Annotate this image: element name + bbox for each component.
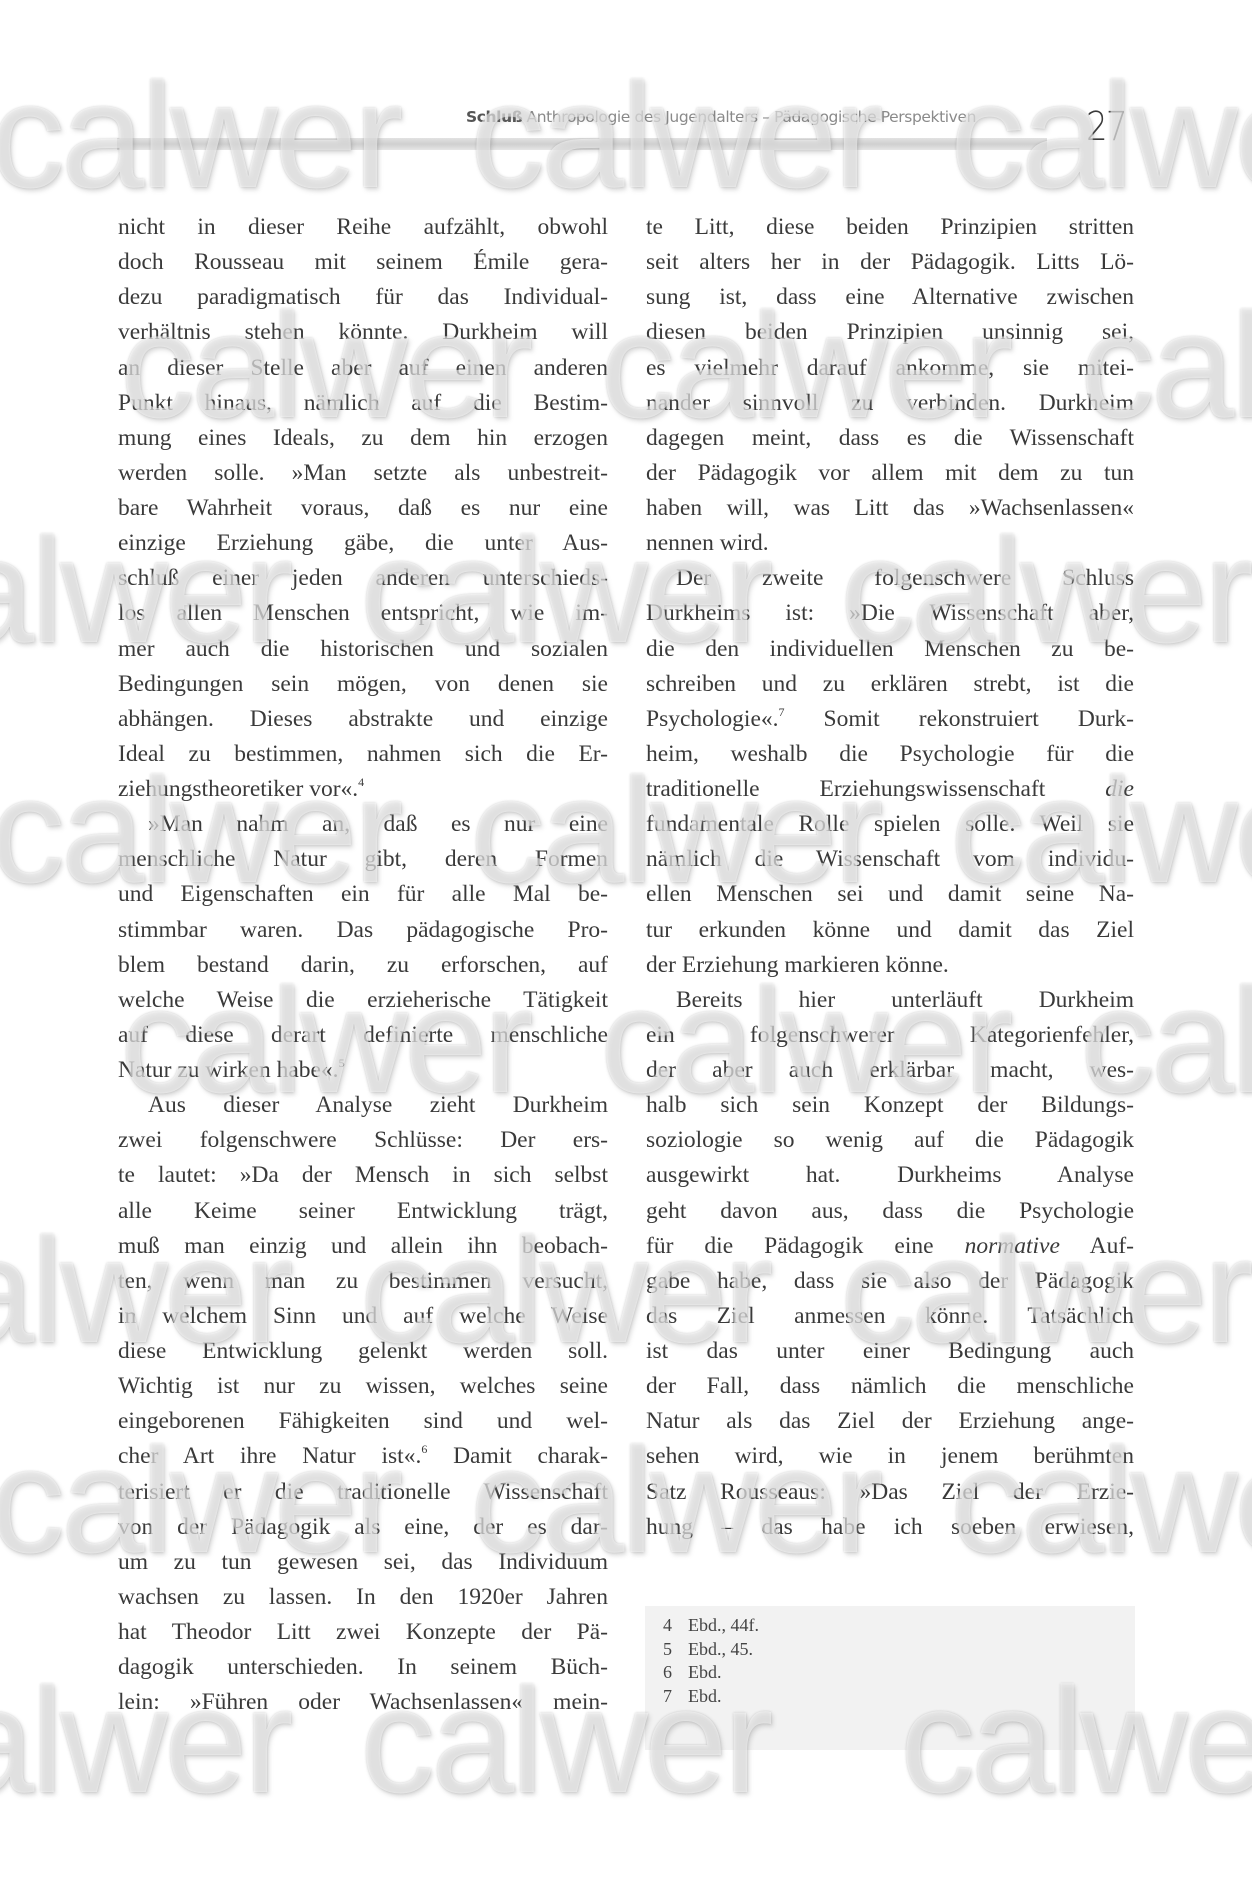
- text-line: nämlich die Wissenschaft vom individu-: [646, 842, 1134, 877]
- line-text: diese Entwicklung gelenkt werden soll.: [118, 1338, 608, 1364]
- footnote-text: Ebd., 45.: [688, 1639, 753, 1659]
- running-title: Anthropologie des Jugendalters – Pädagog…: [526, 108, 976, 126]
- line-text: menschliche Natur gibt, deren Formen: [118, 846, 608, 872]
- line-text: cher Art ihre Natur ist«.: [118, 1443, 421, 1469]
- text-line: sung ist, dass eine Alternative zwischen: [646, 280, 1134, 315]
- line-text: ausgewirkt hat. Durkheims Analyse: [646, 1162, 1134, 1188]
- line-text: in welchem Sinn und auf welche Weise: [118, 1303, 608, 1329]
- line-text: einzige Erziehung gäbe, die unter Aus-: [118, 530, 608, 556]
- text-line: von der Pädagogik als eine, der es dar-: [118, 1510, 608, 1545]
- footnote-marker[interactable]: 4: [358, 775, 364, 789]
- line-text: wachsen zu lassen. In den 1920er Jahren: [118, 1584, 608, 1610]
- line-text: bare Wahrheit voraus, daß es nur eine: [118, 495, 608, 521]
- line-text: soziologie so wenig auf die Pädagogik: [646, 1127, 1134, 1153]
- text-line: es vielmehr darauf ankomme, sie mitei-: [646, 351, 1134, 386]
- text-line: haben will, was Litt das »Wachsenlassen«: [646, 491, 1134, 526]
- text-line: seit alters her in der Pädagogik. Litts …: [646, 245, 1134, 280]
- line-text: zwei folgenschwere Schlüsse: Der ers-: [118, 1127, 608, 1153]
- text-line: gabe habe, dass sie also der Pädagogik: [646, 1264, 1134, 1299]
- line-text: nennen wird.: [646, 530, 769, 556]
- line-text: tur erkunden könne und damit das Ziel: [646, 917, 1134, 943]
- footnote-number: 5: [663, 1638, 688, 1661]
- line-text-continued: Somit rekonstruiert Durk-: [785, 706, 1134, 732]
- text-line: auf diese derart definierte menschliche: [118, 1018, 608, 1053]
- line-text: Wichtig ist nur zu wissen, welches seine: [118, 1373, 608, 1399]
- text-line: diese Entwicklung gelenkt werden soll.: [118, 1334, 608, 1369]
- text-line: »Man nahm an, daß es nur eine: [118, 807, 608, 842]
- text-line: schluß einer jeden anderen unterschieds-: [118, 561, 608, 596]
- line-text: traditionelle Erziehungswissenschaft: [646, 776, 1105, 802]
- text-line: der Pädagogik vor allem mit dem zu tun: [646, 456, 1134, 491]
- text-line: das Ziel anmessen könne. Tatsächlich: [646, 1299, 1134, 1334]
- text-column-right: te Litt, diese beiden Prinzipien stritte…: [646, 210, 1134, 1545]
- text-line: cher Art ihre Natur ist«.6 Damit charak-: [118, 1439, 608, 1474]
- line-text: gabe habe, dass sie also der Pädagogik: [646, 1268, 1134, 1294]
- text-line: mung eines Ideals, zu dem hin erzogen: [118, 421, 608, 456]
- line-text: eingeborenen Fähigkeiten sind und wel-: [118, 1408, 608, 1434]
- text-line: nennen wird.: [646, 526, 1134, 561]
- text-line: werden solle. »Man setzte als unbestreit…: [118, 456, 608, 491]
- line-text: nämlich die Wissenschaft vom individu-: [646, 846, 1134, 872]
- text-column-left: nicht in dieser Reihe aufzählt, obwohldo…: [118, 210, 608, 1720]
- line-text: doch Rousseau mit seinem Émile gera-: [118, 249, 608, 275]
- line-text: Ideal zu bestimmen, nahmen sich die Er-: [118, 741, 608, 767]
- footnote-item: 5Ebd., 45.: [663, 1638, 753, 1661]
- line-text: blem bestand darin, zu erforschen, auf: [118, 952, 608, 978]
- watermark-text: calwer: [470, 60, 879, 210]
- text-line: schreiben und zu erklären strebt, ist di…: [646, 667, 1134, 702]
- text-line: für die Pädagogik eine normative Auf-: [646, 1229, 1134, 1264]
- line-text: nander sinnvoll zu verbinden. Durkheim: [646, 390, 1134, 416]
- text-line: Natur zu wirken habe«.5: [118, 1053, 608, 1088]
- line-text: fundamentale Rolle spielen solle. Weil s…: [646, 811, 1134, 837]
- text-line: ist das unter einer Bedingung auch: [646, 1334, 1134, 1369]
- line-text: Natur zu wirken habe«.: [118, 1057, 339, 1083]
- line-text: um zu tun gewesen sei, das Individuum: [118, 1549, 608, 1575]
- text-line: dagogik unterschieden. In seinem Büch-: [118, 1650, 608, 1685]
- line-text: schreiben und zu erklären strebt, ist di…: [646, 671, 1134, 697]
- text-line: Natur als das Ziel der Erziehung ange-: [646, 1404, 1134, 1439]
- text-line: an dieser Stelle aber auf einen anderen: [118, 351, 608, 386]
- line-text: schluß einer jeden anderen unterschieds-: [118, 565, 608, 591]
- line-text: dagegen meint, dass es die Wissenschaft: [646, 425, 1134, 451]
- line-text: ellen Menschen sei und damit seine Na-: [646, 881, 1134, 907]
- line-text: terisiert er die traditionelle Wissensch…: [118, 1479, 608, 1505]
- text-line: Wichtig ist nur zu wissen, welches seine: [118, 1369, 608, 1404]
- text-line: mer auch die historischen und sozialen: [118, 632, 608, 667]
- line-text: es vielmehr darauf ankomme, sie mitei-: [646, 355, 1134, 381]
- line-text: verhältnis stehen könnte. Durkheim will: [118, 319, 608, 345]
- line-text: mung eines Ideals, zu dem hin erzogen: [118, 425, 608, 451]
- text-line: verhältnis stehen könnte. Durkheim will: [118, 315, 608, 350]
- running-header: SchlußAnthropologie des Jugendalters – P…: [466, 108, 1048, 126]
- text-line: die den individuellen Menschen zu be-: [646, 632, 1134, 667]
- text-line: Aus dieser Analyse zieht Durkheim: [118, 1088, 608, 1123]
- text-line: wachsen zu lassen. In den 1920er Jahren: [118, 1580, 608, 1615]
- line-text-continued: Auf-: [1060, 1233, 1134, 1259]
- footnote-marker[interactable]: 6: [421, 1442, 427, 1456]
- line-text: te Litt, diese beiden Prinzipien stritte…: [646, 214, 1134, 240]
- line-text: mer auch die historischen und sozialen: [118, 636, 608, 662]
- text-line: Bedingungen sein mögen, von denen sie: [118, 667, 608, 702]
- line-text: Bereits hier unterläuft Durkheim: [676, 987, 1134, 1013]
- text-line: um zu tun gewesen sei, das Individuum: [118, 1545, 608, 1580]
- text-line: Satz Rousseaus: »Das Ziel der Erzie-: [646, 1475, 1134, 1510]
- text-line: los allen Menschen entspricht, wie im-: [118, 596, 608, 631]
- text-line: te lautet: »Da der Mensch in sich selbst: [118, 1158, 608, 1193]
- text-line: diesen beiden Prinzipien unsinnig sei,: [646, 315, 1134, 350]
- line-text: lein: »Führen oder Wachsenlassen« mein-: [118, 1689, 608, 1715]
- text-line: muß man einzig und allein ihn beobach-: [118, 1229, 608, 1264]
- text-line: Punkt hinaus, nämlich auf die Bestim-: [118, 386, 608, 421]
- text-line: hung – das habe ich soeben erwiesen,: [646, 1510, 1134, 1545]
- line-text: Satz Rousseaus: »Das Ziel der Erzie-: [646, 1479, 1134, 1505]
- watermark-text: calwer: [0, 60, 399, 210]
- line-text: der Pädagogik vor allem mit dem zu tun: [646, 460, 1134, 486]
- footnote-text: Ebd.: [688, 1686, 722, 1706]
- line-text: »Man nahm an, daß es nur eine: [148, 811, 608, 837]
- text-line: halb sich sein Konzept der Bildungs-: [646, 1088, 1134, 1123]
- line-text: Natur als das Ziel der Erziehung ange-: [646, 1408, 1134, 1434]
- line-text: die den individuellen Menschen zu be-: [646, 636, 1134, 662]
- text-line: Der zweite folgenschwere Schluss: [646, 561, 1134, 596]
- line-text: ist das unter einer Bedingung auch: [646, 1338, 1134, 1364]
- line-text-continued: Damit charak-: [427, 1443, 608, 1469]
- emphasis-text: die: [1105, 776, 1134, 802]
- text-line: fundamentale Rolle spielen solle. Weil s…: [646, 807, 1134, 842]
- line-text: Punkt hinaus, nämlich auf die Bestim-: [118, 390, 608, 416]
- text-line: in welchem Sinn und auf welche Weise: [118, 1299, 608, 1334]
- text-line: lein: »Führen oder Wachsenlassen« mein-: [118, 1685, 608, 1720]
- line-text: sung ist, dass eine Alternative zwischen: [646, 284, 1134, 310]
- chapter-label: Schluß: [466, 108, 522, 126]
- text-line: dagegen meint, dass es die Wissenschaft: [646, 421, 1134, 456]
- line-text: und Eigenschaften ein für alle Mal be-: [118, 881, 608, 907]
- text-line: ellen Menschen sei und damit seine Na-: [646, 877, 1134, 912]
- text-line: Ideal zu bestimmen, nahmen sich die Er-: [118, 737, 608, 772]
- text-line: nicht in dieser Reihe aufzählt, obwohl: [118, 210, 608, 245]
- text-line: bare Wahrheit voraus, daß es nur eine: [118, 491, 608, 526]
- line-text: los allen Menschen entspricht, wie im-: [118, 600, 608, 626]
- footnote-marker[interactable]: 7: [779, 705, 785, 719]
- line-text: haben will, was Litt das »Wachsenlassen«: [646, 495, 1134, 521]
- text-line: menschliche Natur gibt, deren Formen: [118, 842, 608, 877]
- text-line: der Erziehung markieren könne.: [646, 948, 1134, 983]
- text-line: tur erkunden könne und damit das Ziel: [646, 913, 1134, 948]
- text-line: einzige Erziehung gäbe, die unter Aus-: [118, 526, 608, 561]
- line-text: von der Pädagogik als eine, der es dar-: [118, 1514, 608, 1540]
- text-line: Durkheims ist: »Die Wissenschaft aber,: [646, 596, 1134, 631]
- line-text: ten, wenn man zu bestimmen versucht,: [118, 1268, 608, 1294]
- footnote-number: 4: [663, 1614, 688, 1637]
- text-line: ausgewirkt hat. Durkheims Analyse: [646, 1158, 1134, 1193]
- text-line: der aber auch erklärbar macht, wes-: [646, 1053, 1134, 1088]
- text-line: stimmbar waren. Das pädagogische Pro-: [118, 913, 608, 948]
- text-line: nander sinnvoll zu verbinden. Durkheim: [646, 386, 1134, 421]
- book-page: SchlußAnthropologie des Jugendalters – P…: [0, 0, 1252, 1877]
- line-text: stimmbar waren. Das pädagogische Pro-: [118, 917, 608, 943]
- text-line: heim, weshalb die Psychologie für die: [646, 737, 1134, 772]
- text-line: te Litt, diese beiden Prinzipien stritte…: [646, 210, 1134, 245]
- footnote-number: 6: [663, 1661, 688, 1684]
- text-line: sehen wird, wie in jenem berühmten: [646, 1439, 1134, 1474]
- text-line: terisiert er die traditionelle Wissensch…: [118, 1475, 608, 1510]
- header-rule: [117, 138, 1047, 150]
- text-line: geht davon aus, dass die Psychologie: [646, 1194, 1134, 1229]
- text-line: ein folgenschwerer Kategorienfehler,: [646, 1018, 1134, 1053]
- footnote-item: 6Ebd.: [663, 1661, 722, 1684]
- line-text: Psychologie«.: [646, 706, 779, 732]
- line-text: abhängen. Dieses abstrakte und einzige: [118, 706, 608, 732]
- line-text: sehen wird, wie in jenem berühmten: [646, 1443, 1134, 1469]
- line-text: auf diese derart definierte menschliche: [118, 1022, 608, 1048]
- text-line: ziehungstheoretiker vor«.4: [118, 772, 608, 807]
- text-line: der Fall, dass nämlich die menschliche: [646, 1369, 1134, 1404]
- text-line: traditionelle Erziehungswissenschaft die: [646, 772, 1134, 807]
- line-text: an dieser Stelle aber auf einen anderen: [118, 355, 608, 381]
- line-text: geht davon aus, dass die Psychologie: [646, 1198, 1134, 1224]
- footnote-item: 7Ebd.: [663, 1685, 722, 1708]
- text-line: alle Keime seiner Entwicklung trägt,: [118, 1194, 608, 1229]
- line-text: welche Weise die erzieherische Tätigkeit: [118, 987, 608, 1013]
- line-text: der aber auch erklärbar macht, wes-: [646, 1057, 1134, 1083]
- text-line: hat Theodor Litt zwei Konzepte der Pä-: [118, 1615, 608, 1650]
- line-text: halb sich sein Konzept der Bildungs-: [646, 1092, 1134, 1118]
- text-line: eingeborenen Fähigkeiten sind und wel-: [118, 1404, 608, 1439]
- text-line: soziologie so wenig auf die Pädagogik: [646, 1123, 1134, 1158]
- footnote-number: 7: [663, 1685, 688, 1708]
- footnote-text: Ebd., 44f.: [688, 1615, 759, 1635]
- text-line: und Eigenschaften ein für alle Mal be-: [118, 877, 608, 912]
- line-text: ein folgenschwerer Kategorienfehler,: [646, 1022, 1134, 1048]
- line-text: Bedingungen sein mögen, von denen sie: [118, 671, 608, 697]
- line-text: Der zweite folgenschwere Schluss: [676, 565, 1134, 591]
- text-line: welche Weise die erzieherische Tätigkeit: [118, 983, 608, 1018]
- text-line: abhängen. Dieses abstrakte und einzige: [118, 702, 608, 737]
- footnotes-box: 4Ebd., 44f.5Ebd., 45.6Ebd.7Ebd.: [645, 1606, 1135, 1750]
- line-text: Durkheims ist: »Die Wissenschaft aber,: [646, 600, 1134, 626]
- line-text: Aus dieser Analyse zieht Durkheim: [148, 1092, 608, 1118]
- line-text: hung – das habe ich soeben erwiesen,: [646, 1514, 1134, 1540]
- line-text: hat Theodor Litt zwei Konzepte der Pä-: [118, 1619, 608, 1645]
- line-text: dezu paradigmatisch für das Individual-: [118, 284, 608, 310]
- footnote-marker[interactable]: 5: [339, 1056, 345, 1070]
- line-text: ziehungstheoretiker vor«.: [118, 776, 358, 802]
- text-line: zwei folgenschwere Schlüsse: Der ers-: [118, 1123, 608, 1158]
- footnote-text: Ebd.: [688, 1662, 722, 1682]
- line-text: alle Keime seiner Entwicklung trägt,: [118, 1198, 608, 1224]
- line-text: werden solle. »Man setzte als unbestreit…: [118, 460, 608, 486]
- text-line: Psychologie«.7 Somit rekonstruiert Durk-: [646, 702, 1134, 737]
- line-text: für die Pädagogik eine: [646, 1233, 965, 1259]
- text-line: Bereits hier unterläuft Durkheim: [646, 983, 1134, 1018]
- emphasis-text: normative: [965, 1233, 1060, 1259]
- text-line: blem bestand darin, zu erforschen, auf: [118, 948, 608, 983]
- text-line: ten, wenn man zu bestimmen versucht,: [118, 1264, 608, 1299]
- footnote-item: 4Ebd., 44f.: [663, 1614, 759, 1637]
- line-text: muß man einzig und allein ihn beobach-: [118, 1233, 608, 1259]
- line-text: diesen beiden Prinzipien unsinnig sei,: [646, 319, 1134, 345]
- text-line: dezu paradigmatisch für das Individual-: [118, 280, 608, 315]
- line-text: seit alters her in der Pädagogik. Litts …: [646, 249, 1134, 275]
- line-text: der Erziehung markieren könne.: [646, 952, 949, 978]
- line-text: dagogik unterschieden. In seinem Büch-: [118, 1654, 608, 1680]
- text-line: doch Rousseau mit seinem Émile gera-: [118, 245, 608, 280]
- line-text: der Fall, dass nämlich die menschliche: [646, 1373, 1134, 1399]
- line-text: te lautet: »Da der Mensch in sich selbst: [118, 1162, 608, 1188]
- line-text: heim, weshalb die Psychologie für die: [646, 741, 1134, 767]
- page-number: 27: [1086, 104, 1126, 150]
- line-text: das Ziel anmessen könne. Tatsächlich: [646, 1303, 1134, 1329]
- line-text: nicht in dieser Reihe aufzählt, obwohl: [118, 214, 608, 240]
